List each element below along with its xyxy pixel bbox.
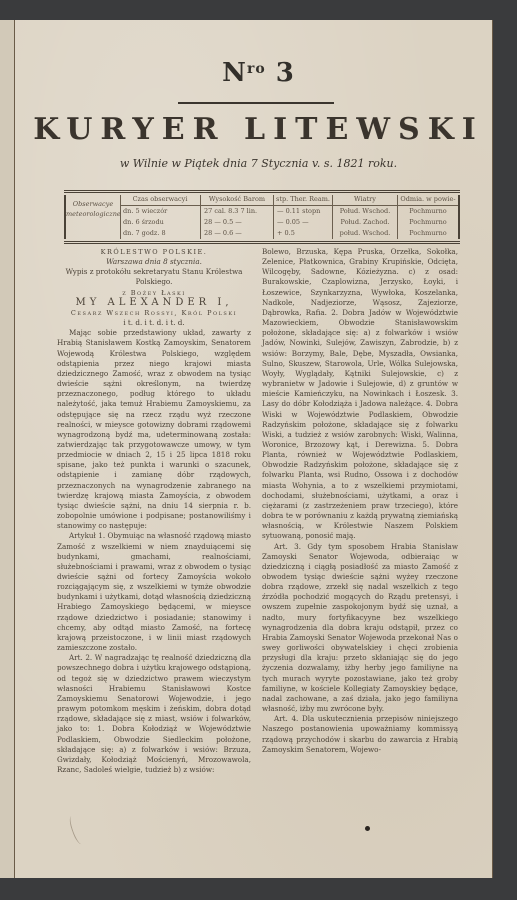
section-heading: KRÓLESTWO POLSKIE.	[57, 247, 251, 257]
monarch-name: MY ALEXANDER I,	[57, 298, 251, 308]
meteo-cell: połud. Wschod.	[333, 228, 397, 239]
meteo-label: Obserwacye meteorologiczne	[66, 195, 120, 219]
meteo-header-therm: stp. Ther. Ream.	[274, 195, 332, 206]
header-rule	[178, 102, 334, 104]
meteo-cell: 28 — 0.6 —	[201, 228, 273, 239]
meteo-time-col: Czas obserwacyi dn. 5 wieczór dn. 6 śrzo…	[120, 195, 201, 239]
paragraph: Mając sobie przedstawiony układ, zawarty…	[57, 328, 251, 531]
ink-spot	[365, 826, 370, 831]
meteo-cell: — 0.11 stopn	[274, 206, 332, 217]
paragraph: Bolewo, Brzuska, Kępa Pruska, Orzełka, S…	[262, 247, 458, 542]
issue-number-sup: ro	[247, 61, 266, 77]
meteo-cell: Pochmurno	[398, 206, 458, 217]
meteo-cell: dn. 6 śrzodu	[120, 217, 200, 228]
meteo-cell: Pochmurno	[398, 217, 458, 228]
meteo-wind-col: Wiatry Połud. Wschod. Połud. Zachod. poł…	[333, 195, 398, 239]
issue-number-prefix: N	[222, 58, 247, 88]
meteo-label-cell: Obserwacye meteorologiczne	[64, 195, 121, 239]
meteo-cell: Połud. Zachod.	[333, 217, 397, 228]
monarch-title: Cesarz Wszech Rossyi, Król Polski	[57, 308, 251, 318]
paragraph: Art. 2. W nagradzając tę realność dziedz…	[57, 653, 251, 775]
meteo-barom-col: Wysokość Barom 27 cal. 8.3 7 lin. 28 — 0…	[201, 195, 274, 239]
place-date: Warszawa dnia 8 stycznia.	[57, 257, 251, 267]
meteo-therm-col: stp. Ther. Ream. — 0.11 stopn — 0.05 — +…	[274, 195, 333, 239]
paragraph: Art. 4. Dla uskutecznienia przepisów nin…	[262, 714, 458, 755]
article-column-right: Bolewo, Brzuska, Kępa Pruska, Orzełka, S…	[262, 247, 458, 755]
dateline: w Wilnie w Piątek dnia 7 Stycznia v. s. …	[0, 157, 517, 170]
etc-line: i t. d. i t. d. i t. d.	[57, 318, 251, 328]
meteo-header-barom: Wysokość Barom	[201, 195, 273, 206]
meteo-header-wind: Wiatry	[333, 195, 397, 206]
decree-intro: Wypis z protokółu sekretaryatu Stanu Kró…	[57, 267, 251, 287]
scan-background	[0, 878, 517, 900]
meteo-header-sky: Odmia. w powie-	[398, 195, 458, 206]
meteo-cell: + 0.5	[274, 228, 332, 239]
meteo-cell: Pochmurno	[398, 228, 458, 239]
meteo-cell: dn. 5 wieczór	[120, 206, 200, 217]
article-column-left: KRÓLESTWO POLSKIE. Warszawa dnia 8 stycz…	[57, 247, 251, 775]
meteo-sky-col: Odmia. w powie- Pochmurno Pochmurno Poch…	[398, 195, 460, 239]
meteo-header-time: Czas obserwacyi	[120, 195, 200, 206]
issue-number: Nro 3	[0, 58, 517, 88]
meteo-cell: — 0.05 —	[274, 217, 332, 228]
paragraph: Art. 3. Gdy tym sposobem Hrabia Stanisła…	[262, 542, 458, 715]
masthead-title: KURYER LITEWSKI	[0, 112, 517, 147]
meteo-cell: 27 cal. 8.3 7 lin.	[201, 206, 273, 217]
meteo-cell: 28 — 0.5 —	[201, 217, 273, 228]
meteo-cell: dn. 7 godz. 8	[120, 228, 200, 239]
paragraph: Artykuł 1. Obymuiąc na własność rządową …	[57, 531, 251, 653]
meteo-cell: Połud. Wschod.	[333, 206, 397, 217]
meteorological-table: Obserwacye meteorologiczne Czas obserwac…	[64, 190, 460, 244]
issue-number-value: 3	[276, 58, 295, 88]
